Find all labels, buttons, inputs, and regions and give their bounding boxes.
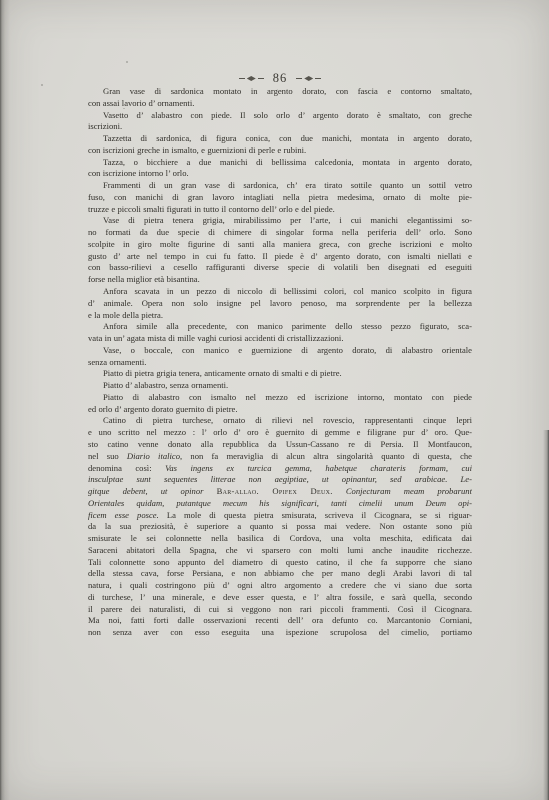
text-line: con assai lavorio d’ ornamenti. xyxy=(88,98,472,110)
text-line: Tazzetta di sardonica, di figura conica,… xyxy=(88,133,472,145)
scan-speck xyxy=(41,84,43,86)
text-line: il parere dei naturalisti, di cui si veg… xyxy=(88,604,472,616)
page-edge-shadow xyxy=(543,430,549,800)
text-line: smisurate le sei colonnette nella basili… xyxy=(88,533,472,545)
text-line: truzze e piccoli smalti figurati in tutt… xyxy=(88,204,472,216)
text-line: Tazza, o bicchiere a due manichi di bell… xyxy=(88,157,472,169)
text-line: Anfora scavata in un pezzo di niccolo di… xyxy=(88,286,472,298)
text-line: Piatto di alabastro con ismalto nel mezz… xyxy=(88,392,472,404)
text-line: Anfora simile alla precedente, con manic… xyxy=(88,321,472,333)
text-line: Orientales quidam, putantque mecum his s… xyxy=(88,498,472,510)
text-line: Vase, o boccale, con manico e guernizion… xyxy=(88,345,472,357)
fleuron-right-icon xyxy=(296,76,321,81)
text-line: sto catino venne donato alla repubblica … xyxy=(88,439,472,451)
text-line: con basso-rilievi a cesello raffiguranti… xyxy=(88,262,472,274)
text-line: fuso, con manichi di gran lavoro intagli… xyxy=(88,192,472,204)
scan-speck xyxy=(126,61,128,63)
text-line: natura, i quali costringono più d’ ogni … xyxy=(88,580,472,592)
text-line: forse nella miglior età bisantina. xyxy=(88,274,472,286)
text-line: Vase di pietra tenera grigia, mirabiliss… xyxy=(88,215,472,227)
text-line: e uno scritto nel mezzo : l’ orlo d’ oro… xyxy=(88,427,472,439)
text-line: iscrizioni. xyxy=(88,121,472,133)
running-head: 86 xyxy=(88,71,472,86)
text-line: Gran vase di sardonica montato in argent… xyxy=(88,86,472,98)
page-text: Gran vase di sardonica montato in argent… xyxy=(88,86,472,639)
text-line: Piatto d’ alabastro, senza ornamenti. xyxy=(88,380,472,392)
page-number: 86 xyxy=(273,71,288,86)
text-line: della stessa cava, forse Persiana, e non… xyxy=(88,568,472,580)
text-line: scolpite in giro molte figurine di santi… xyxy=(88,239,472,251)
text-line: Catino di pietra turchese, ornato di ril… xyxy=(88,415,472,427)
text-line: Tali colonnette sono appunto del diametr… xyxy=(88,557,472,569)
scanned-book-page: 86 Gran vase di sardonica montato in arg… xyxy=(0,0,549,800)
text-line: ed orlo d’ argento dorato guernito di pi… xyxy=(88,404,472,416)
text-line: insculptae sunt sequentes litterae non a… xyxy=(88,474,472,486)
text-line: gusto d’ arte nel tempo in cui fu fatto.… xyxy=(88,251,472,263)
text-line: Ma noi, fatti forti dalle osservazioni r… xyxy=(88,615,472,627)
text-line: Saraceni abitatori della Spagna, che vi … xyxy=(88,545,472,557)
text-line: Frammenti di un gran vase di sardonica, … xyxy=(88,180,472,192)
text-line: non senza aver con esso eseguita una isp… xyxy=(88,627,472,639)
text-line: da la sua preziosità, è superiore a quan… xyxy=(88,521,472,533)
text-line: nel suo Diario italico, non fa meravigli… xyxy=(88,451,472,463)
text-line: senza ornamenti. xyxy=(88,357,472,369)
text-line: di turchese, l’ una minerale, e deve ess… xyxy=(88,592,472,604)
fleuron-left-icon xyxy=(239,76,264,81)
text-line: con iscrizioni greche in ismalto, e guer… xyxy=(88,145,472,157)
text-line: Vasetto d’ alabastro con piede. Il solo … xyxy=(88,110,472,122)
text-line: gitque debent, ut opinor Bar-allao. Opif… xyxy=(88,486,472,498)
binding-shadow xyxy=(0,0,10,800)
text-line: d’ animale. Opera non solo insigne pel l… xyxy=(88,298,472,310)
text-line: no formati da due specie di chimere di s… xyxy=(88,227,472,239)
text-line: e la mole della pietra. xyxy=(88,310,472,322)
text-line: con iscrizione intorno l’ orlo. xyxy=(88,168,472,180)
text-line: vata in un’ agata mista di mille vaghi c… xyxy=(88,333,472,345)
text-line: Piatto di pietra grigia tenera, anticame… xyxy=(88,368,472,380)
text-line: ficem esse posce. La mole di questa piet… xyxy=(88,510,472,522)
text-line: denomina così: Vas ingens ex turcica gem… xyxy=(88,463,472,475)
